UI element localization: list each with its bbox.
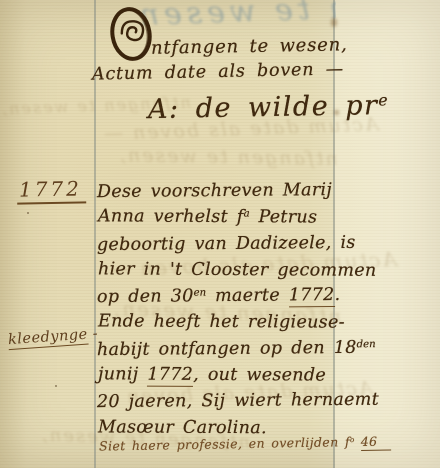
text-segment: junij [98,364,147,384]
manuscript-page: ntfangen te wesen, Actum date als boven … [0,0,440,468]
body-line: habijt ontfangen op den 18den [97,338,349,366]
text-segment: . [334,285,340,305]
body-line: op den 30en maerte 1772. [97,285,349,313]
text-segment: habijt ontfangen op den 18 [97,338,357,360]
text-segment: Ende heeft het religieuse- [98,312,345,333]
text-segment: den [357,339,376,350]
text-segment: maerte [206,286,289,307]
signature-superscript: e [378,90,388,109]
body-line: geboortig van Dadizeele, is [97,232,349,260]
ink-bleed-through: ntfangen te wesen, [140,0,336,34]
body-line: 20 jaeren, Sij wiert hernaemt [97,390,349,418]
text-segment: 46 [361,433,392,451]
body-line: Ende heeft het religieuse- [98,312,350,340]
text-segment: Petrus [250,207,318,227]
margin-note-kleedynge: kleedynge - [8,326,99,348]
ink-bleed-through: ntfangen te wesen, [118,144,338,170]
signature-a-de-wilde: A: de wilde pre [148,90,388,125]
text-segment: op den 30 [97,286,194,307]
text-segment: 1772 [289,285,335,307]
header-line-actum: Actum date als boven — [92,59,344,84]
paper-speck [55,385,57,387]
signature-text: A: de wilde pr [148,90,379,125]
body-lines: Dese voorschreven MarijAnna verhelst fa … [97,181,349,444]
text-segment: Siet haere professie, en overlijden f [99,434,350,453]
ink-smudge [331,18,337,27]
text-segment [354,434,361,449]
text-segment: Dese voorschreven Marij [97,180,332,202]
margin-year-1772: 1772 [17,176,86,204]
body-line: junij 1772, out wesende [98,364,350,392]
paper-speck [27,212,29,214]
header-line-ontfangen: ntfangen te wesen, [151,34,348,58]
text-segment: geboortig van Dadizeele, is [97,232,356,254]
body-line: hier in 't Clooster gecommen [98,259,350,287]
text-segment: 20 jaeren, Sij wiert hernaemt [97,390,379,412]
text-segment: kleedynge [8,327,89,351]
text-segment: 1772 [147,365,193,387]
body-line: Anna verhelst fa Petrus [98,207,350,235]
text-segment: Masœur Carolina. [98,417,267,438]
decorative-initial-O-icon [104,3,158,66]
body-line: Dese voorschreven Marij [97,180,349,208]
text-segment: Anna verhelst f [98,207,244,228]
text-segment: hier in 't Clooster gecommen [98,259,377,280]
text-segment: , out wesende [193,365,326,386]
text-segment: en [194,288,207,299]
